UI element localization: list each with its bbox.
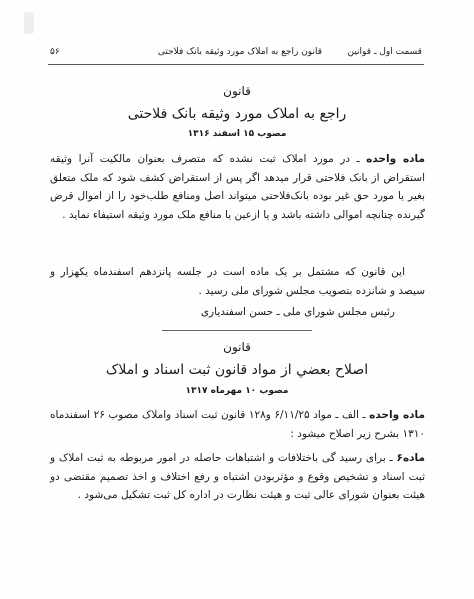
running-head-section: قسمت اول ـ قوانین [347,47,422,57]
law1-title: راجع به املاک مورد وثیقه بانک فلاحتی [40,106,434,122]
law2-title: اصلاح بعضي از مواد قانون ثبت اسناد و امل… [40,362,434,378]
running-head: قسمت اول ـ قوانین قانون راجع به املاک مو… [50,47,422,63]
law1-heading: قانون [40,84,434,98]
law2-sub-text: ـ برای رسید گی باختلافات و اشتباهات حاصل… [50,452,425,501]
running-head-title: قانون راجع به املاک مورد وثیقه بانک فلاح… [158,47,322,57]
page-number: ۵۶ [50,47,60,57]
law2-article-label: ماده واحده [369,409,425,421]
header-rule [48,64,424,65]
law2-heading: قانون [40,340,434,354]
law1-article: ماده واحده ـ در مورد املاک ثبت نشده که م… [50,150,425,224]
law1-closing-text: این قانون که مشتمل بر یک ماده است در جلس… [50,266,425,297]
section-separator [162,330,312,331]
law2-subarticle: ماده۶ ـ برای رسید گی باختلافات و اشتباها… [50,449,425,505]
document-page: قسمت اول ـ قوانین قانون راجع به املاک مو… [0,0,474,599]
law2-approved-date: مصوب ۱۰ مهرماه ۱۳۱۷ [40,386,434,396]
law1-closing: این قانون که مشتمل بر یک ماده است در جلس… [50,263,425,300]
law2-article: ماده واحده ـ الف ـ مواد ۶/۱۱/۲۵ و۱۲۸ قان… [50,406,425,443]
law1-signature: رئیس مجلس شورای ملی ـ حسن اسفندیاری [40,306,395,318]
law1-approved-date: مصوب ۱۵ اسفند ۱۳۱۶ [40,129,434,139]
law2-sub-label: ماده۶ [397,452,425,464]
law1-article-label: ماده واحده [366,153,425,165]
scan-smudge [24,12,34,34]
